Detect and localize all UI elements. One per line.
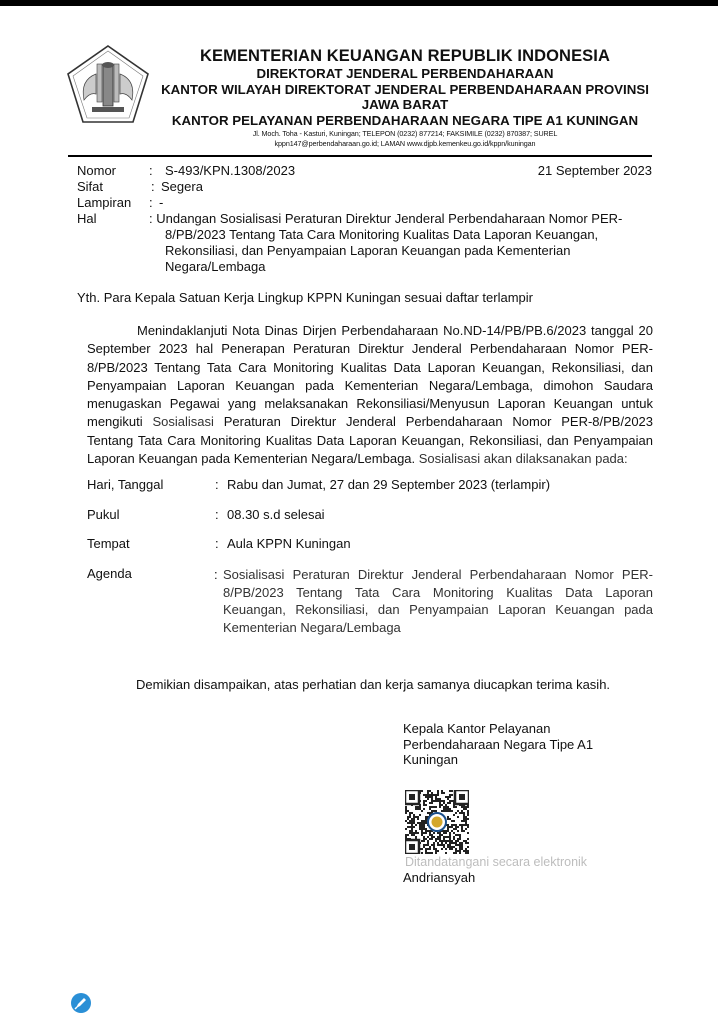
sifat-label: Sifat <box>77 179 103 195</box>
sifat-value: Segera <box>161 179 203 195</box>
edit-fab-button[interactable] <box>71 993 91 1013</box>
address-line2: kppn147@perbendaharaan.go.id; LAMAN www.… <box>150 139 660 149</box>
schedule-label: Hari, Tanggal <box>87 477 163 492</box>
ministry-name: KEMENTERIAN KEUANGAN REPUBLIK INDONESIA <box>150 46 660 66</box>
directorate-name: DIREKTORAT JENDERAL PERBENDAHARAAN <box>150 66 660 82</box>
nomor-value: S-493/KPN.1308/2023 <box>165 163 295 179</box>
addressee: Yth. Para Kepala Satuan Kerja Lingkup KP… <box>77 290 533 305</box>
schedule-label: Tempat <box>87 536 130 551</box>
schedule-value: Aula KPPN Kuningan <box>227 536 351 551</box>
body-text-5: akan dilaksanakan pada: <box>480 451 627 466</box>
signer-name: Andriansyah <box>403 870 475 885</box>
letterhead: KEMENTERIAN KEUANGAN REPUBLIK INDONESIA … <box>150 46 660 149</box>
body-text-2: Sosialisasi <box>152 414 213 429</box>
regional-office-line1: KANTOR WILAYAH DIREKTORAT JENDERAL PERBE… <box>150 82 660 98</box>
hal-value: : Undangan Sosialisasi Peraturan Direktu… <box>149 211 649 275</box>
ministry-emblem-icon <box>66 44 150 124</box>
hal-label: Hal <box>77 211 97 227</box>
letter-date: 21 September 2023 <box>538 163 652 179</box>
lampiran-colon: : <box>149 195 153 211</box>
agenda-value: : Sosialisasi Peraturan Direktur Jendera… <box>223 566 653 636</box>
address-line1: Jl. Moch. Toha - Kasturi, Kuningan; TELE… <box>150 129 660 139</box>
schedule-label: Agenda <box>87 566 132 581</box>
body-text-4: Sosialisasi <box>419 451 480 466</box>
agenda-text: Sosialisasi Peraturan Direktur Jenderal … <box>223 567 653 635</box>
lampiran-label: Lampiran <box>77 195 131 211</box>
office-name: KANTOR PELAYANAN PERBENDAHARAAN NEGARA T… <box>150 113 660 129</box>
sifat-row: Sifat : Segera <box>77 179 652 195</box>
nomor-row: Nomor : S-493/KPN.1308/2023 21 September… <box>77 163 652 179</box>
schedule-value: 08.30 s.d selesai <box>227 507 325 522</box>
schedule-label: Pukul <box>87 507 120 522</box>
e-signature-note: Ditandatangani secara elektronik <box>405 855 587 869</box>
top-status-bar <box>0 0 718 6</box>
signature-block: Kepala Kantor Pelayanan Perbendaharaan N… <box>403 721 593 768</box>
schedule-colon: : <box>215 477 219 492</box>
nomor-label: Nomor <box>77 163 116 179</box>
pen-icon <box>71 993 91 1013</box>
letter-meta: Nomor : S-493/KPN.1308/2023 21 September… <box>77 163 652 227</box>
body-paragraph: Menindaklanjuti Nota Dinas Dirjen Perben… <box>87 322 653 468</box>
schedule-colon: : <box>215 536 219 551</box>
signer-position-line1: Kepala Kantor Pelayanan <box>403 721 593 737</box>
nomor-colon: : <box>149 163 153 179</box>
sifat-colon: : <box>151 179 155 195</box>
qr-code-icon <box>405 790 469 854</box>
schedule-value: Rabu dan Jumat, 27 dan 29 September 2023… <box>227 477 550 492</box>
letterhead-divider <box>68 155 652 157</box>
lampiran-row: Lampiran : - <box>77 195 652 211</box>
hal-colon: : <box>149 211 153 226</box>
schedule-colon: : <box>215 507 219 522</box>
agenda-colon: : <box>214 566 218 584</box>
hal-first-line: Undangan Sosialisasi Peraturan Direktur … <box>156 211 622 226</box>
signer-position-line3: Kuningan <box>403 752 593 768</box>
closing-text: Demikian disampaikan, atas perhatian dan… <box>136 677 610 692</box>
signer-position-line2: Perbendaharaan Negara Tipe A1 <box>403 737 593 753</box>
lampiran-value: - <box>159 195 163 211</box>
regional-office-line2: JAWA BARAT <box>150 97 660 113</box>
hal-continuation: 8/PB/2023 Tentang Tata Cara Monitoring K… <box>149 227 649 275</box>
